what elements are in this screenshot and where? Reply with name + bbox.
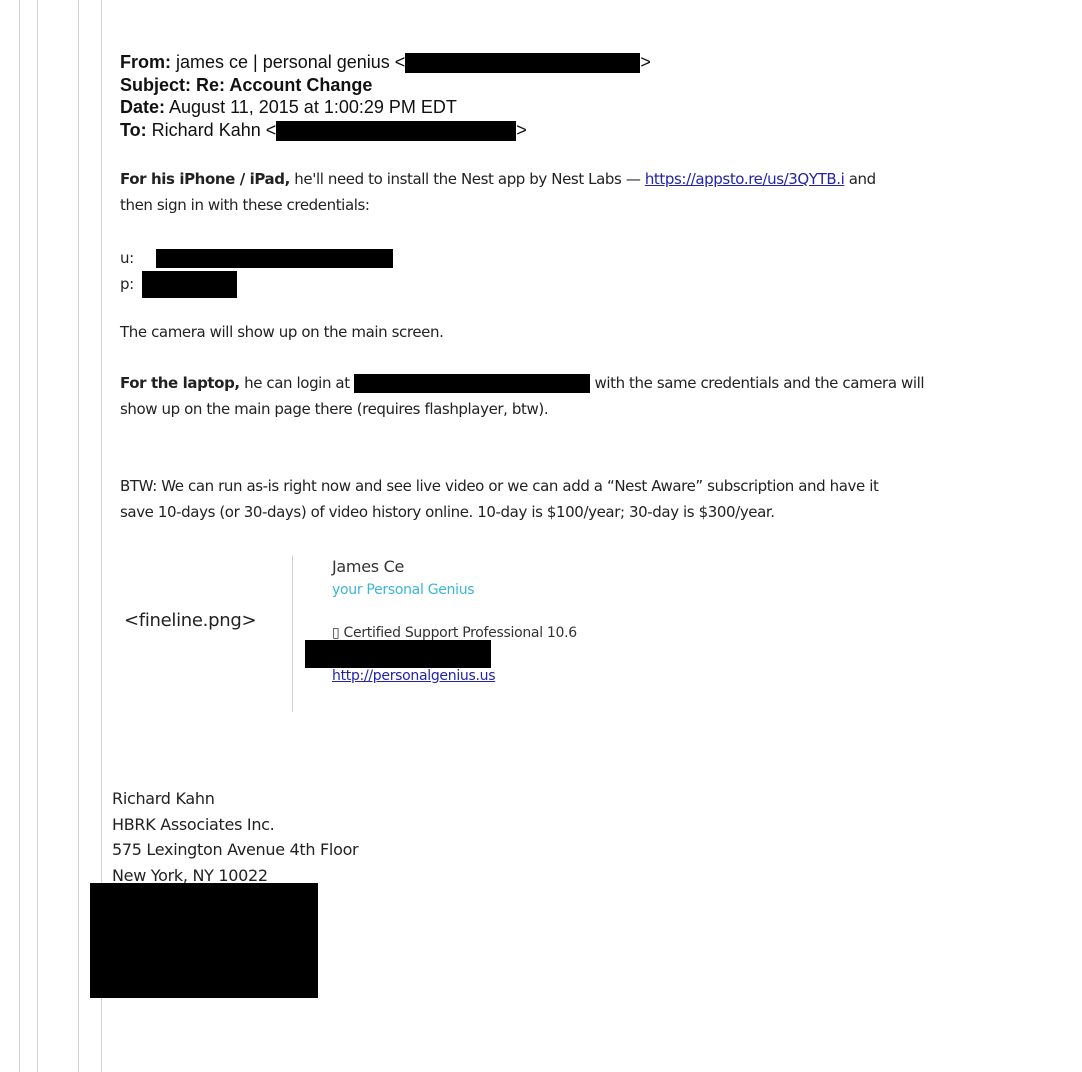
credentials: u: p: xyxy=(120,245,393,298)
subject-line: Subject: Re: Account Change xyxy=(120,74,651,97)
email-header: From: james ce | personal genius <> Subj… xyxy=(120,51,651,141)
paragraph-iphone: For his iPhone / iPad, he'll need to ins… xyxy=(120,166,876,218)
signature-divider xyxy=(292,556,293,712)
date-line: Date: August 11, 2015 at 1:00:29 PM EDT xyxy=(120,96,651,119)
personalgenius-link[interactable]: http://personalgenius.us xyxy=(332,668,495,684)
redacted-password xyxy=(142,271,237,298)
signature-name: James Ce xyxy=(332,557,404,576)
image-placeholder: <fineline.png> xyxy=(124,610,256,631)
signature-cert: ▯ Certified Support Professional 10.6 xyxy=(332,625,577,641)
page-edge-line xyxy=(19,0,20,1072)
to-line: To: Richard Kahn <> xyxy=(120,119,651,142)
redacted-email xyxy=(405,53,640,73)
redacted-contact-block xyxy=(90,883,318,998)
paragraph-btw: BTW: We can run as-is right now and see … xyxy=(120,473,878,525)
page-edge-line xyxy=(37,0,38,1072)
page-edge-line xyxy=(78,0,79,1072)
signature-link: http://personalgenius.us xyxy=(332,668,495,684)
redacted-url xyxy=(354,374,590,393)
paragraph-camera: The camera will show up on the main scre… xyxy=(120,319,443,345)
paragraph-laptop: For the laptop, he can login at with the… xyxy=(120,370,924,422)
sender-address: Richard Kahn HBRK Associates Inc. 575 Le… xyxy=(112,786,358,888)
signature-tagline: your Personal Genius xyxy=(332,582,474,598)
redacted-signature-line xyxy=(305,640,491,668)
from-line: From: james ce | personal genius <> xyxy=(120,51,651,74)
redacted-username xyxy=(156,249,393,268)
appstore-link[interactable]: https://appsto.re/us/3QYTB.i xyxy=(645,170,845,188)
redacted-email xyxy=(276,121,516,141)
